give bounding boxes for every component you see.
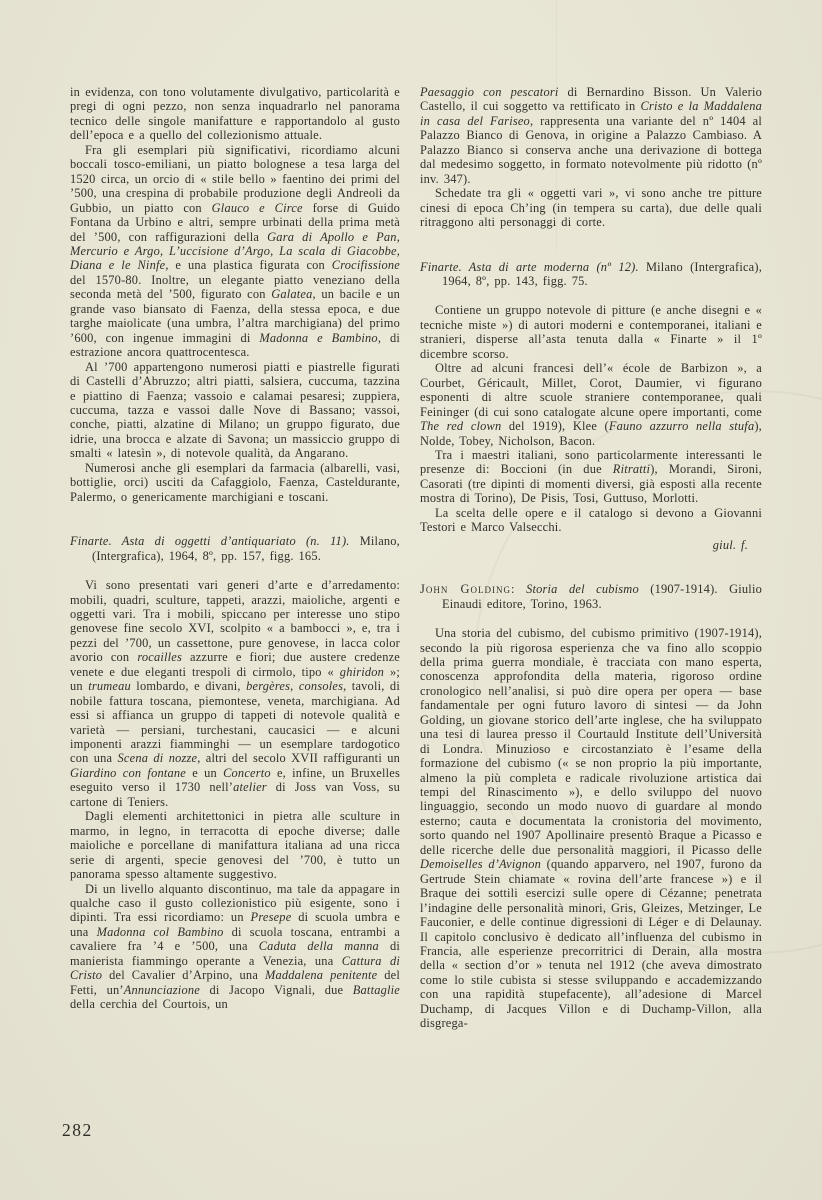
text-segment: in evidenza, con tono volutamente divulg… <box>70 85 400 142</box>
text-segment: Demoiselles d’Avignon <box>420 857 541 871</box>
paragraph: Oltre ad alcuni francesi dell’« école de… <box>420 361 762 448</box>
text-segment: (quando apparvero, nel 1907, furono da G… <box>420 857 762 1030</box>
paragraph: Una storia del cubismo, del cubismo prim… <box>420 626 762 1031</box>
text-segment: Oltre ad alcuni francesi dell’« école de… <box>420 361 762 418</box>
reference: Finarte. Asta di oggetti d’antiquariato … <box>70 534 400 563</box>
text-segment: Ritratti <box>613 462 650 476</box>
text-segment: di Jacopo Vignali, due <box>200 983 353 997</box>
text-column-right: Paesaggio con pescatori di Bernardino Bi… <box>420 85 762 1031</box>
text-segment: del Cavalier d’Arpino, una <box>102 968 265 982</box>
text-segment: e un <box>186 766 223 780</box>
text-segment: Finarte. Asta di arte moderna (nº 12). <box>420 260 639 274</box>
text-segment: trumeau <box>88 679 131 693</box>
text-segment: Battaglie <box>353 983 400 997</box>
paragraph: Di un livello alquanto discontinuo, ma t… <box>70 882 400 1012</box>
text-segment: Schedate tra gli « oggetti vari », vi so… <box>420 186 762 229</box>
text-segment: La scelta delle opere e il catalogo si d… <box>420 506 762 534</box>
text-segment: John Golding <box>420 582 511 596</box>
text-segment: Crocifissione <box>332 258 400 272</box>
text-segment: Una storia del cubismo, del cubismo prim… <box>420 626 762 857</box>
text-segment: Storia del cubismo <box>526 582 639 596</box>
paragraph: Vi sono presentati vari generi d’arte e … <box>70 578 400 809</box>
text-segment: Contiene un gruppo notevole di pitture (… <box>420 303 762 360</box>
text-segment: : <box>511 582 526 596</box>
text-segment: , e una plastica figurata con <box>165 258 331 272</box>
text-segment: rocailles <box>137 650 182 664</box>
text-segment: Glauco e Circe <box>212 201 303 215</box>
reference: Finarte. Asta di arte moderna (nº 12). M… <box>420 260 762 289</box>
paragraph: Schedate tra gli « oggetti vari », vi so… <box>420 186 762 229</box>
paragraph: Fra gli esemplari più significativi, ric… <box>70 143 400 360</box>
text-segment: Paesaggio con pescatori <box>420 85 559 99</box>
book-page: in evidenza, con tono volutamente divulg… <box>0 0 822 1200</box>
text-segment: , altri del secolo XVII raffiguranti un <box>197 751 400 765</box>
book-reference: John Golding: Storia del cubismo (1907-1… <box>420 582 762 611</box>
paragraph: Tra i maestri italiani, sono particolarm… <box>420 448 762 506</box>
text-segment: Madonna col Bambino <box>97 925 224 939</box>
text-segment: Al ’700 appartengono numerosi piatti e p… <box>70 360 400 461</box>
page-number: 282 <box>62 1120 93 1141</box>
paragraph: Paesaggio con pescatori di Bernardino Bi… <box>420 85 762 186</box>
paragraph: Al ’700 appartengono numerosi piatti e p… <box>70 360 400 461</box>
text-segment: della cerchia del Courtois, un <box>70 997 228 1011</box>
text-segment: giul. f. <box>713 538 748 552</box>
signature: giul. f. <box>420 538 762 552</box>
text-segment: Fauno azzurro nella stufa <box>609 419 755 433</box>
paragraph: La scelta delle opere e il catalogo si d… <box>420 506 762 535</box>
text-segment: bergères, consoles <box>246 679 343 693</box>
text-segment: Concerto <box>223 766 271 780</box>
paragraph: Numerosi anche gli esemplari da farmacia… <box>70 461 400 504</box>
text-segment: Annunciazione <box>124 983 200 997</box>
paragraph: in evidenza, con tono volutamente divulg… <box>70 85 400 143</box>
text-segment: Maddalena penitente <box>265 968 377 982</box>
paragraph: Dagli elementi architettonici in pietra … <box>70 809 400 881</box>
text-segment: Presepe <box>251 910 292 924</box>
paragraph: Contiene un gruppo notevole di pitture (… <box>420 303 762 361</box>
text-segment: Dagli elementi architettonici in pietra … <box>70 809 400 881</box>
text-segment: Numerosi anche gli esemplari da farmacia… <box>70 461 400 504</box>
text-segment: Scena di nozze <box>118 751 198 765</box>
text-segment: Finarte. Asta di oggetti d’antiquariato … <box>70 534 350 548</box>
text-segment: The red clown <box>420 419 501 433</box>
text-segment: Galatea <box>271 287 312 301</box>
text-segment: del 1919), Klee ( <box>501 419 608 433</box>
text-segment: Madonna e Bambino <box>259 331 377 345</box>
text-segment: lombardo, e divani, <box>131 679 246 693</box>
text-segment: Giardino con fontane <box>70 766 186 780</box>
text-segment: atelier <box>233 780 267 794</box>
text-segment: ghiridon <box>340 665 384 679</box>
text-segment: Caduta della manna <box>259 939 379 953</box>
text-column-left: in evidenza, con tono volutamente divulg… <box>70 85 400 1012</box>
